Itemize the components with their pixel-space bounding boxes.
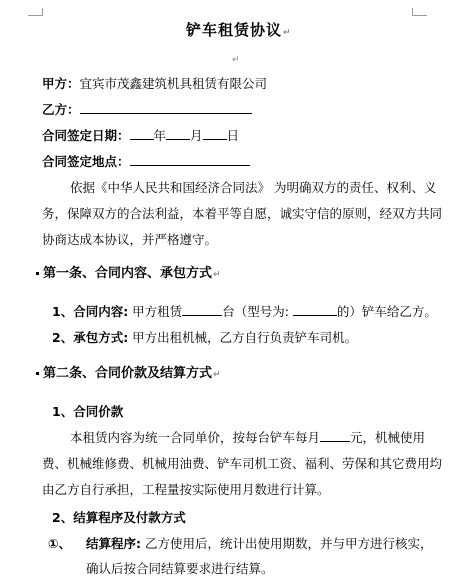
item-1-text-a: 甲方租赁 [128,304,182,319]
article-1-heading-text: 第一条、合同内容、承包方式 [43,266,212,281]
settlement-step-1-cont: 确认后按合同结算要求进行结算。 [86,561,274,577]
sign-date-line: 合同签定日期：年月日 [42,128,239,144]
month-label: 月 [190,128,203,143]
intro-line-1: 依据《中华人民共和国经济合同法》 为明确双方的责任、权利、义 [70,180,436,196]
paragraph-mark-icon: ↵ [283,28,292,38]
item-1-label: 1、合同内容: [52,304,128,319]
article-2-heading: 第二条、合同价款及结算方式↵ [36,366,221,383]
month-blank[interactable] [166,128,190,140]
article-1-item-2: 2、承包方式: 甲方出租机械，乙方自行负责铲车司机。 [52,330,357,346]
party-a-label: 甲方： [42,76,80,91]
price-text-b: 元，机械使用 [350,430,425,445]
intro-line-2: 务，保障双方的合法利益，本着平等自愿，诚实守信的原则，经双方共同 [42,206,442,222]
bullet-icon [36,372,39,375]
step-1-label: 结算程序: [86,536,141,551]
year-label: 年 [154,128,167,143]
item-2-label: 2、承包方式: [52,330,128,345]
price-line-3: 由乙方自行承担，工程量按实际使用月数进行计算。 [42,482,330,498]
settlement-subheading: 2、结算程序及付款方式 [52,510,186,526]
sign-place-blank[interactable] [130,154,250,166]
party-a-line: 甲方：宜宾市茂鑫建筑机具租赁有限公司 [42,76,267,92]
sign-date-label: 合同签定日期： [42,128,130,143]
document-title: 铲车租赁协议↵ [186,22,292,41]
party-b-blank[interactable] [80,102,252,114]
article-1-item-1: 1、合同内容: 甲方租赁台（型号为: 的）铲车给乙方。 [52,304,437,320]
model-blank[interactable] [293,304,337,316]
price-line-1: 本租赁内容为统一合同单价，按每台铲车每月元，机械使用 [70,430,425,446]
intro-line-3: 协商达成本协议，并严格遵守。 [42,232,217,248]
monthly-price-blank[interactable] [320,430,350,442]
bullet-icon [36,272,39,275]
step-1-text: 乙方使用后，统计出使用期数，并与甲方进行核实， [141,536,432,551]
year-blank[interactable] [130,128,154,140]
party-b-label: 乙方： [42,102,80,117]
sign-place-label: 合同签定地点： [42,154,130,169]
article-1-heading: 第一条、合同内容、承包方式↵ [36,266,221,283]
item-2-text: 甲方出租机械，乙方自行负责铲车司机。 [128,330,357,345]
paragraph-mark-icon: ↵ [213,270,221,280]
crop-mark-left [28,8,43,16]
day-label: 日 [227,128,240,143]
price-subheading: 1、合同价款 [52,404,123,420]
quantity-blank[interactable] [182,304,222,316]
article-2-heading-text: 第二条、合同价款及结算方式 [43,366,212,381]
crop-mark-right [412,8,427,16]
title-text: 铲车租赁协议 [186,21,282,39]
paragraph-mark-icon: ↵ [213,370,221,380]
paragraph-mark-icon: ↵ [232,55,240,65]
step-1-number: ①、 [48,536,86,552]
settlement-step-1: ①、结算程序: 乙方使用后，统计出使用期数，并与甲方进行核实， [48,536,432,552]
item-1-text-b: 台（型号为: [222,304,293,319]
empty-paragraph: ↵ [231,50,240,68]
price-text-a: 本租赁内容为统一合同单价，按每台铲车每月 [70,430,320,445]
item-1-text-c: 的）铲车给乙方。 [337,304,437,319]
party-b-line: 乙方： [42,102,252,118]
price-line-2: 费、机械维修费、机械用油费、铲车司机工资、福利、劳保和其它费用均 [42,456,442,472]
party-a-value[interactable]: 宜宾市茂鑫建筑机具租赁有限公司 [80,76,268,91]
day-blank[interactable] [203,128,227,140]
sign-place-line: 合同签定地点： [42,154,250,170]
